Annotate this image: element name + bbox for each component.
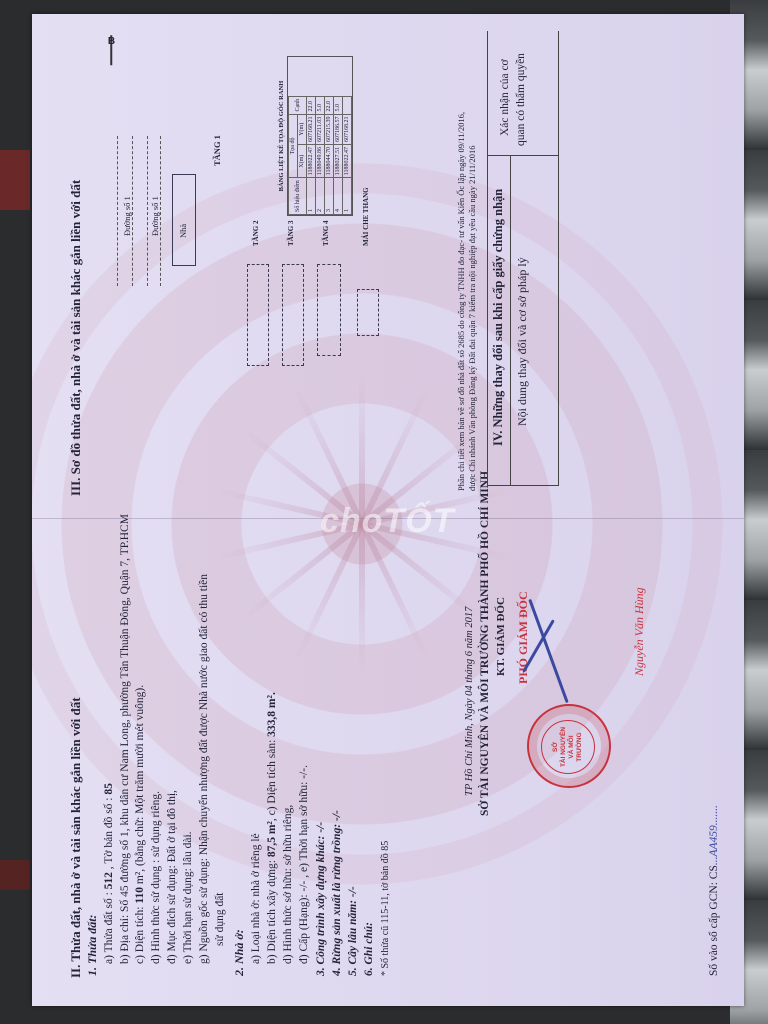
survey-note-line2: được Chi nhánh Văn phòng Đăng ký Đất đai… [467, 146, 477, 492]
section-2-title: II. Thửa đất, nhà ở và tài sản khác gắn … [68, 697, 84, 978]
house-heading: 2. Nhà ở: [232, 929, 247, 976]
parcel-house-label: Nhà [178, 224, 188, 238]
floor-area: 333,8 m². [266, 692, 278, 737]
changes-table: IV. Những thay đổi sau khi cấp giấy chứn… [487, 31, 559, 486]
table-row: 41188027.51607186.575.0 [334, 96, 343, 214]
land-usage-form: d) Hình thức sử dụng : sử dụng riêng. [149, 791, 165, 964]
floor-label: TẦNG 2 [252, 221, 260, 246]
section-3-title: III. Sơ đồ thửa đất, nhà ở và tài sản kh… [68, 180, 84, 496]
north-arrow-icon: B [96, 37, 126, 51]
land-usage-purpose: đ) Mục đích sử dụng: Đất ở tại đô thị, [165, 790, 181, 964]
house-grade: đ) Cấp (Hạng): -/- , e) Thời hạn sở hữu:… [297, 765, 313, 964]
coord-header-x: X(m) [298, 145, 307, 178]
parcel-number: 512 [103, 872, 115, 889]
authority-header-1: Xác nhận của cơ [498, 59, 514, 136]
house-type: a) Loại nhà ở: nhà ở riêng lẻ [249, 833, 265, 964]
background-object [0, 860, 30, 890]
land-parcel-line: a) Thửa đất số : 512 , Tờ bản đồ số : 85 [102, 783, 118, 964]
road-label: Đường số 1 [122, 196, 132, 236]
map-number: 85 [103, 783, 115, 795]
place-date: TP Hồ Chí Minh, Ngày 04 tháng 6 năm 2017 [462, 607, 478, 796]
road-line [117, 136, 119, 286]
changes-content-header: Nội dung thay đổi và cơ sở pháp lý [515, 257, 531, 426]
floor-plan-2 [247, 264, 269, 366]
coord-header-edge: Cạnh [289, 96, 307, 114]
road-label: Đường số 1 [150, 196, 160, 236]
floor-label: MÁI CHE THANG [362, 187, 370, 246]
building-area: 87,5 m² [266, 821, 278, 857]
background-object [0, 150, 30, 210]
floor-label: TẦNG 3 [287, 221, 295, 246]
authority-header-2: quan có thẩm quyền [514, 53, 530, 146]
survey-note-line1: Phần chi tiết xem bản vẽ sơ đồ nhà đất s… [456, 112, 466, 491]
land-area: 110 [134, 887, 146, 904]
land-certificate-page: II. Thửa đất, nhà ở và tài sản khác gắn … [32, 14, 744, 1006]
road-line [160, 136, 162, 286]
parcel-plan-floor1 [172, 174, 196, 266]
land-origin: g) Nguồn gốc sử dụng: Nhận chuyển nhượng… [197, 574, 213, 964]
section-4-title: IV. Những thay đổi sau khi cấp giấy chứn… [491, 189, 506, 446]
table-row: 11188022.47607168.2122.0 [307, 96, 316, 214]
floor-plan-3 [282, 264, 304, 366]
floor-plan-4 [317, 264, 341, 356]
coord-header-y: Y(m) [298, 114, 307, 145]
signer-name: Nguyễn Văn Hùng [632, 587, 648, 676]
floor-label: TẦNG 4 [322, 221, 330, 246]
coordinate-table: BẢNG LIỆT KÊ TỌA ĐỘ GÓC RANH Số hiệu điể… [277, 56, 353, 216]
notes-text: * Số thửa cũ 115-11, tờ bản đồ 85 [378, 841, 394, 976]
road-line [132, 136, 134, 286]
table-row: 21188049.86607211.035.0 [316, 96, 325, 214]
floor-label: TẦNG 1 [212, 135, 222, 166]
coord-table-title: BẢNG LIỆT KÊ TỌA ĐỘ GÓC RANH [277, 56, 287, 216]
other-works: 3. Công trình xây dựng khác: -/- [314, 822, 330, 976]
land-usage-term: e) Thời hạn sử dụng: lâu dài. [181, 831, 197, 964]
on-behalf-label: KT. GIÁM ĐỐC [494, 597, 510, 676]
house-ownership: d) Hình thức sở hữu: sở hữu riêng, [281, 805, 297, 964]
stair-roof-plan [357, 289, 379, 336]
road-line [147, 136, 149, 286]
chotot-watermark: choTỐT [320, 502, 454, 541]
coord-header-group: Tọa độ [289, 114, 298, 178]
land-heading: 1. Thửa đất: [85, 914, 100, 976]
issuing-agency: SỞ TÀI NGUYÊN VÀ MÔI TRƯỜNG THÀNH PHỐ HỒ… [478, 471, 494, 816]
notes-heading: 6. Ghi chú: [362, 922, 378, 976]
production-forest: 4. Rừng sản xuất là rừng trồng: -/- [330, 810, 346, 976]
table-row: 31188044.70607215.3922.0 [325, 96, 334, 214]
coord-header-point: Số hiệu điểm [289, 178, 307, 215]
table-row: 11188022.47607168.21 [343, 96, 352, 214]
land-address: b) Địa chỉ: Số 45 đường số 1, khu dân cư… [118, 514, 134, 964]
land-area-line: c) Diện tích: 110 m², (bằng chữ: Một tră… [133, 685, 149, 964]
perennial-trees: 5. Cây lâu năm: -/- [346, 886, 362, 976]
registry-number: Số vào sổ cấp GCN: CS...AA459....... [707, 805, 723, 976]
land-origin-cont: sử dụng đất [213, 892, 229, 946]
official-seal: SỞ TÀI NGUYÊN VÀ MÔI TRƯỜNG [527, 704, 611, 788]
house-area-line: b) Diện tích xây dựng: 87,5 m², c) Diện … [265, 692, 281, 964]
